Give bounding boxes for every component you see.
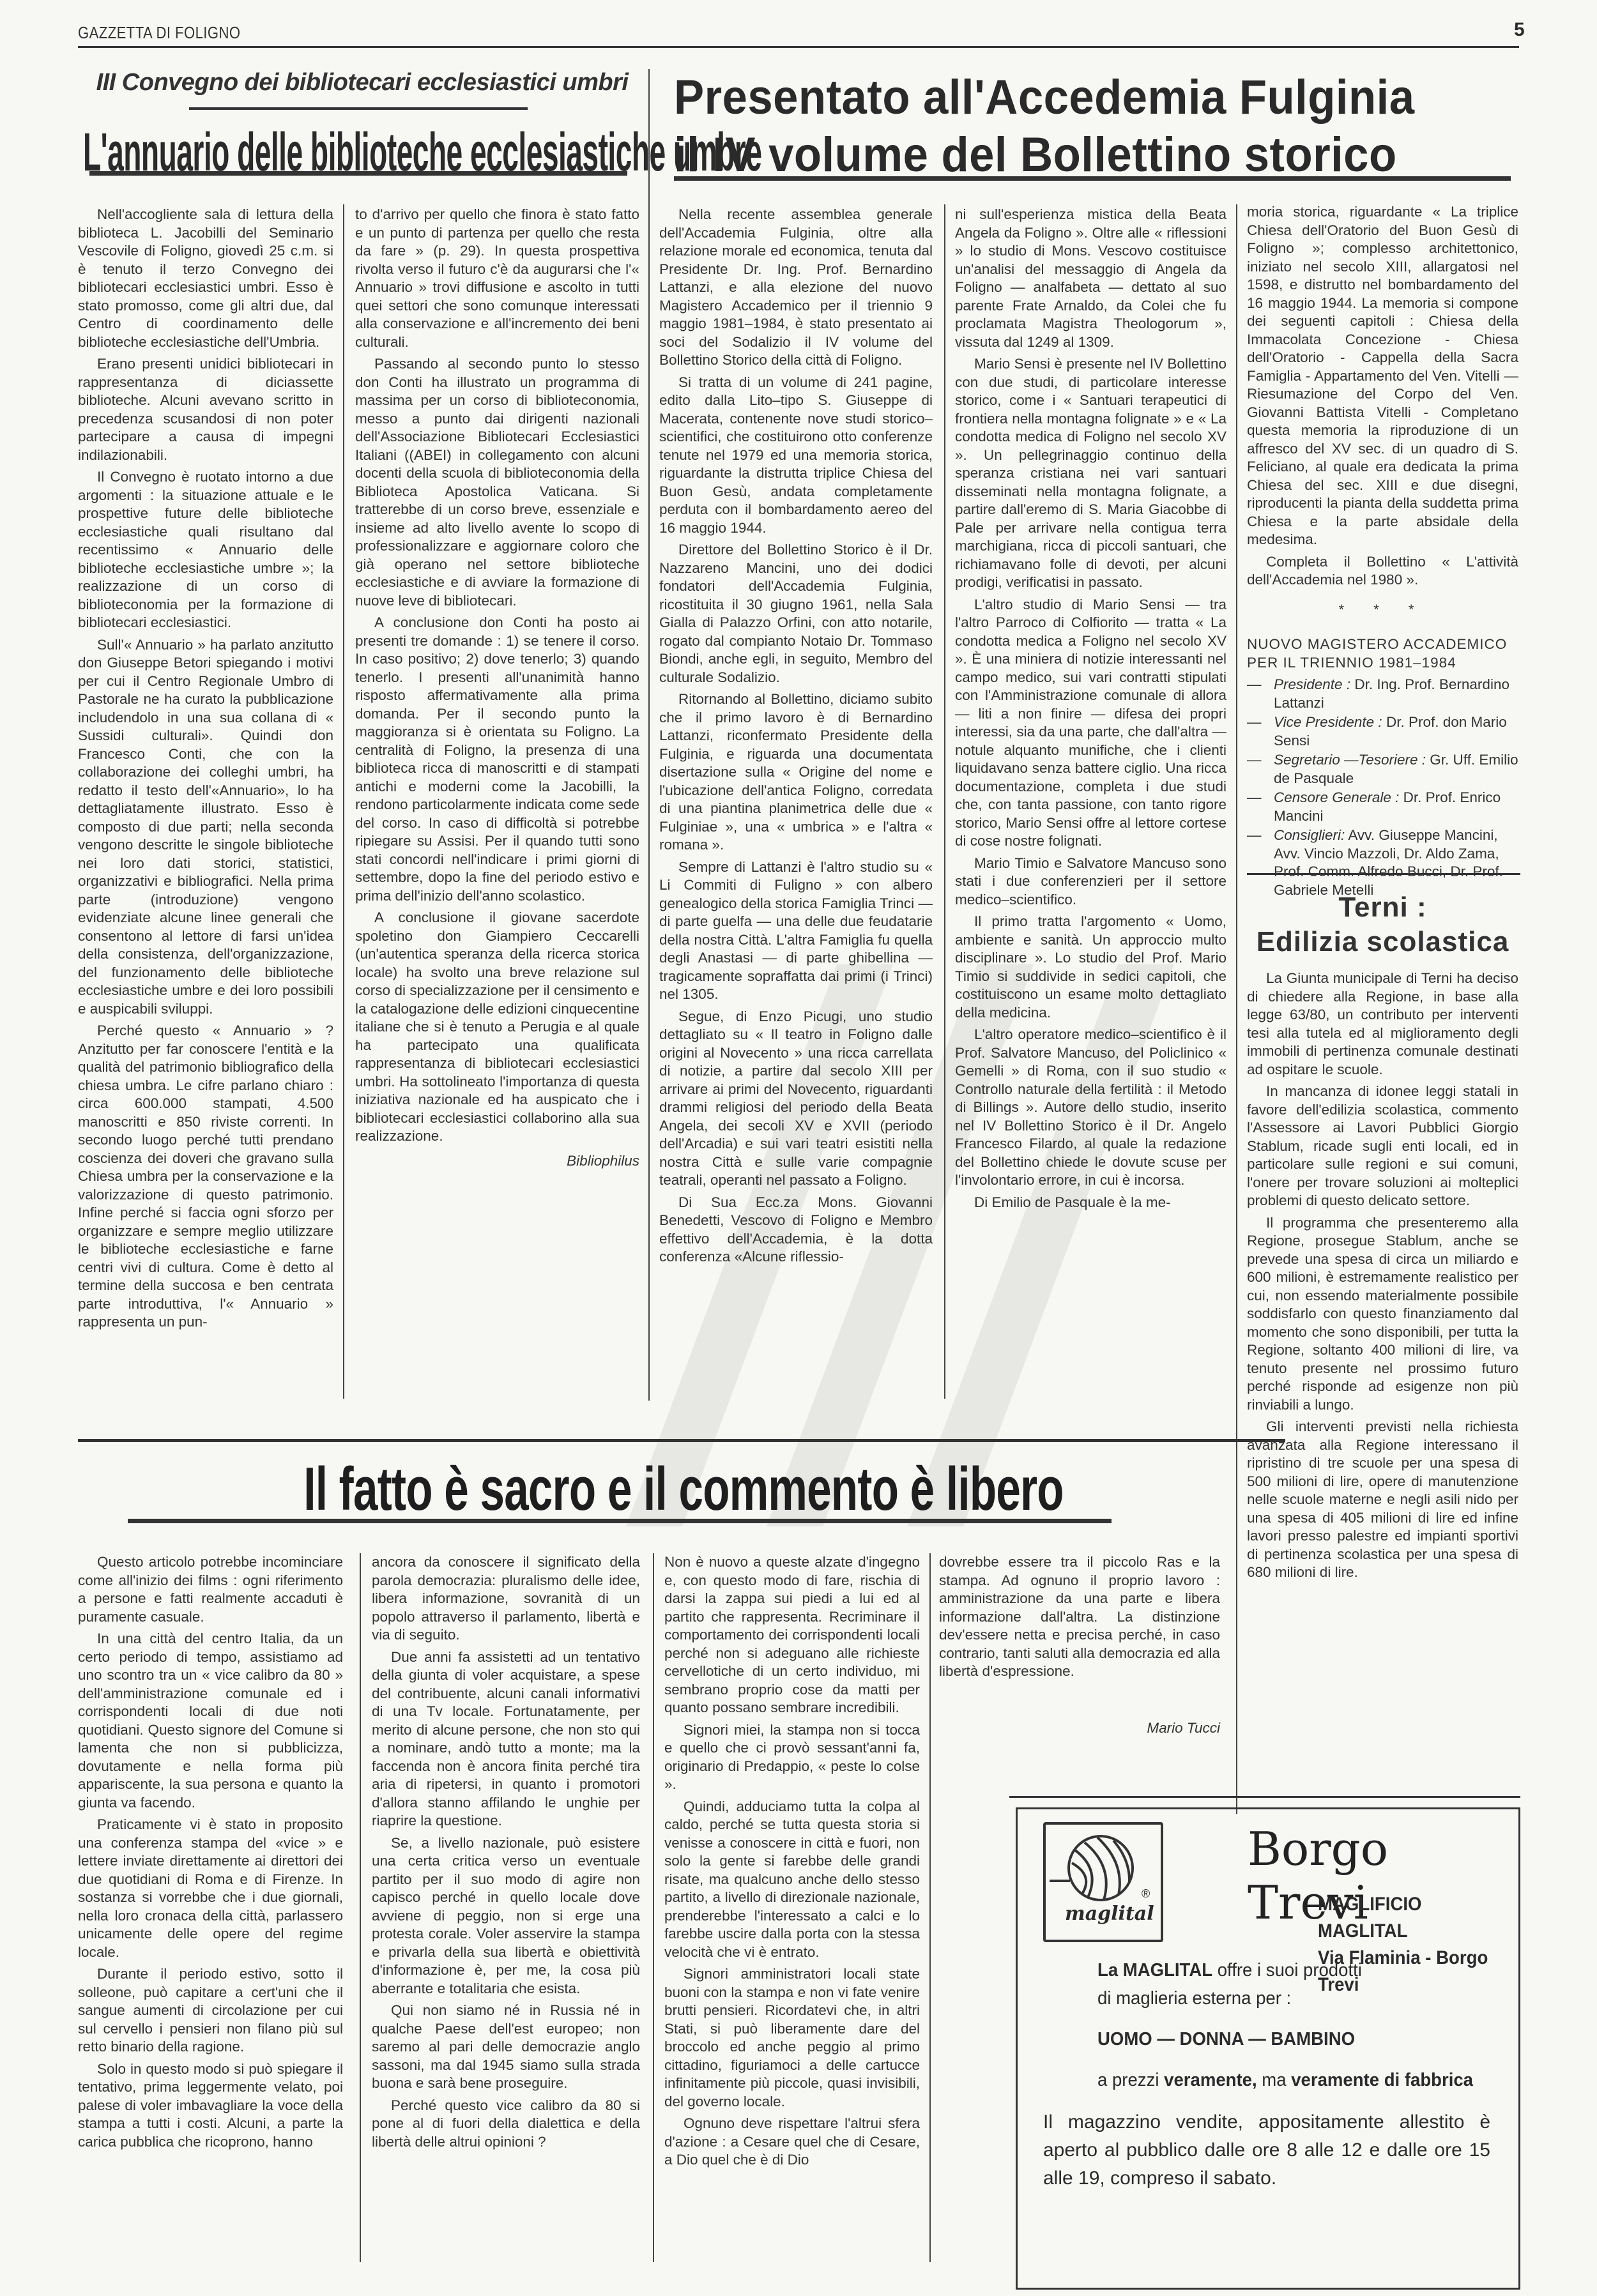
bollettino-col-3: moria storica, riguardante « La triplice…	[1247, 203, 1518, 901]
kicker-convegno: III Convegno dei bibliotecari ecclesiast…	[78, 69, 646, 96]
column-divider	[653, 1553, 654, 2262]
magistero-member: Presidente : Dr. Ing. Prof. Bernardino L…	[1247, 676, 1518, 712]
column-divider	[929, 1553, 931, 2262]
column-divider	[648, 69, 650, 1401]
terni-top-rule	[1247, 873, 1520, 875]
headline-rule-left	[89, 171, 627, 176]
registered-mark-icon: ®	[1142, 1887, 1150, 1901]
magistero-title: NUOVO MAGISTERO ACCADEMICO PER IL TRIENN…	[1247, 635, 1518, 672]
terni-article: Terni : Edilizia scolastica La Giunta mu…	[1247, 876, 1518, 1586]
fatto-col-2: ancora da conoscere il significato della…	[372, 1553, 640, 2155]
ad-opening-hours: Il magazzino vendite, appositamente alle…	[1043, 2108, 1490, 2193]
magistero-member: Segretario —Tesoriere : Gr. Uff. Emilio …	[1247, 751, 1518, 787]
section-separator: * * *	[1247, 601, 1518, 620]
fatto-col-3: Non è nuovo a queste alzate d'ingegno e,…	[664, 1553, 920, 2173]
bollettino-col-2: ni sull'esperienza mistica della Beata A…	[955, 206, 1226, 1215]
annuario-col-1: Nell'accogliente sala di lettura della b…	[78, 206, 333, 1335]
bollettino-col-1: Nella recente assemblea generale dell'Ac…	[659, 206, 933, 1270]
magistero-member: Censore Generale : Dr. Prof. Enrico Manc…	[1247, 789, 1518, 825]
fatto-col-1: Questo articolo potrebbe incominciare co…	[78, 1553, 343, 2155]
magistero-list: Presidente : Dr. Ing. Prof. Bernardino L…	[1247, 676, 1518, 899]
header-rule	[78, 46, 1519, 48]
maglital-logo: maglital ®	[1043, 1822, 1163, 1942]
headline-rule-right	[674, 176, 1511, 181]
ad-categories: UOMO — DONNA — BAMBINO	[1097, 2025, 1473, 2053]
section-rule	[78, 1439, 1285, 1442]
column-divider	[944, 204, 945, 1399]
magistero-member: Vice Presidente : Dr. Prof. don Mario Se…	[1247, 713, 1518, 750]
kicker-rule	[189, 107, 528, 110]
headline-bollettino: Presentato all'Accedemia Fulginia il IV …	[674, 69, 1452, 184]
headline-rule-fatto	[128, 1519, 1112, 1523]
terni-headline: Terni : Edilizia scolastica	[1247, 890, 1518, 959]
column-divider	[343, 204, 344, 1399]
yarn-ball-icon	[1050, 1831, 1152, 1908]
column-divider	[1236, 204, 1237, 1814]
annuario-col-2: to d'arrivo per quello che finora è stat…	[355, 206, 639, 1174]
running-head: GAZZETTA DI FOLIGNO	[78, 23, 240, 43]
signature-bibliophilus: Bibliophilus	[355, 1152, 639, 1171]
page-number: 5	[1514, 19, 1525, 41]
ad-top-rule	[1009, 1796, 1520, 1798]
fatto-col-4: dovrebbe essere tra il piccolo Ras e la …	[939, 1553, 1220, 1741]
headline-fatto: Il fatto è sacro e il commento è libero	[247, 1457, 1120, 1521]
ad-offer: La MAGLITAL offre i suoi prodotti di mag…	[1097, 1956, 1473, 2094]
column-divider	[360, 1553, 361, 2262]
signature-mario-tucci: Mario Tucci	[939, 1719, 1220, 1738]
advertisement-maglital: maglital ® Borgo Trevi MAGLIFICIO MAGLIT…	[1016, 1807, 1520, 2290]
